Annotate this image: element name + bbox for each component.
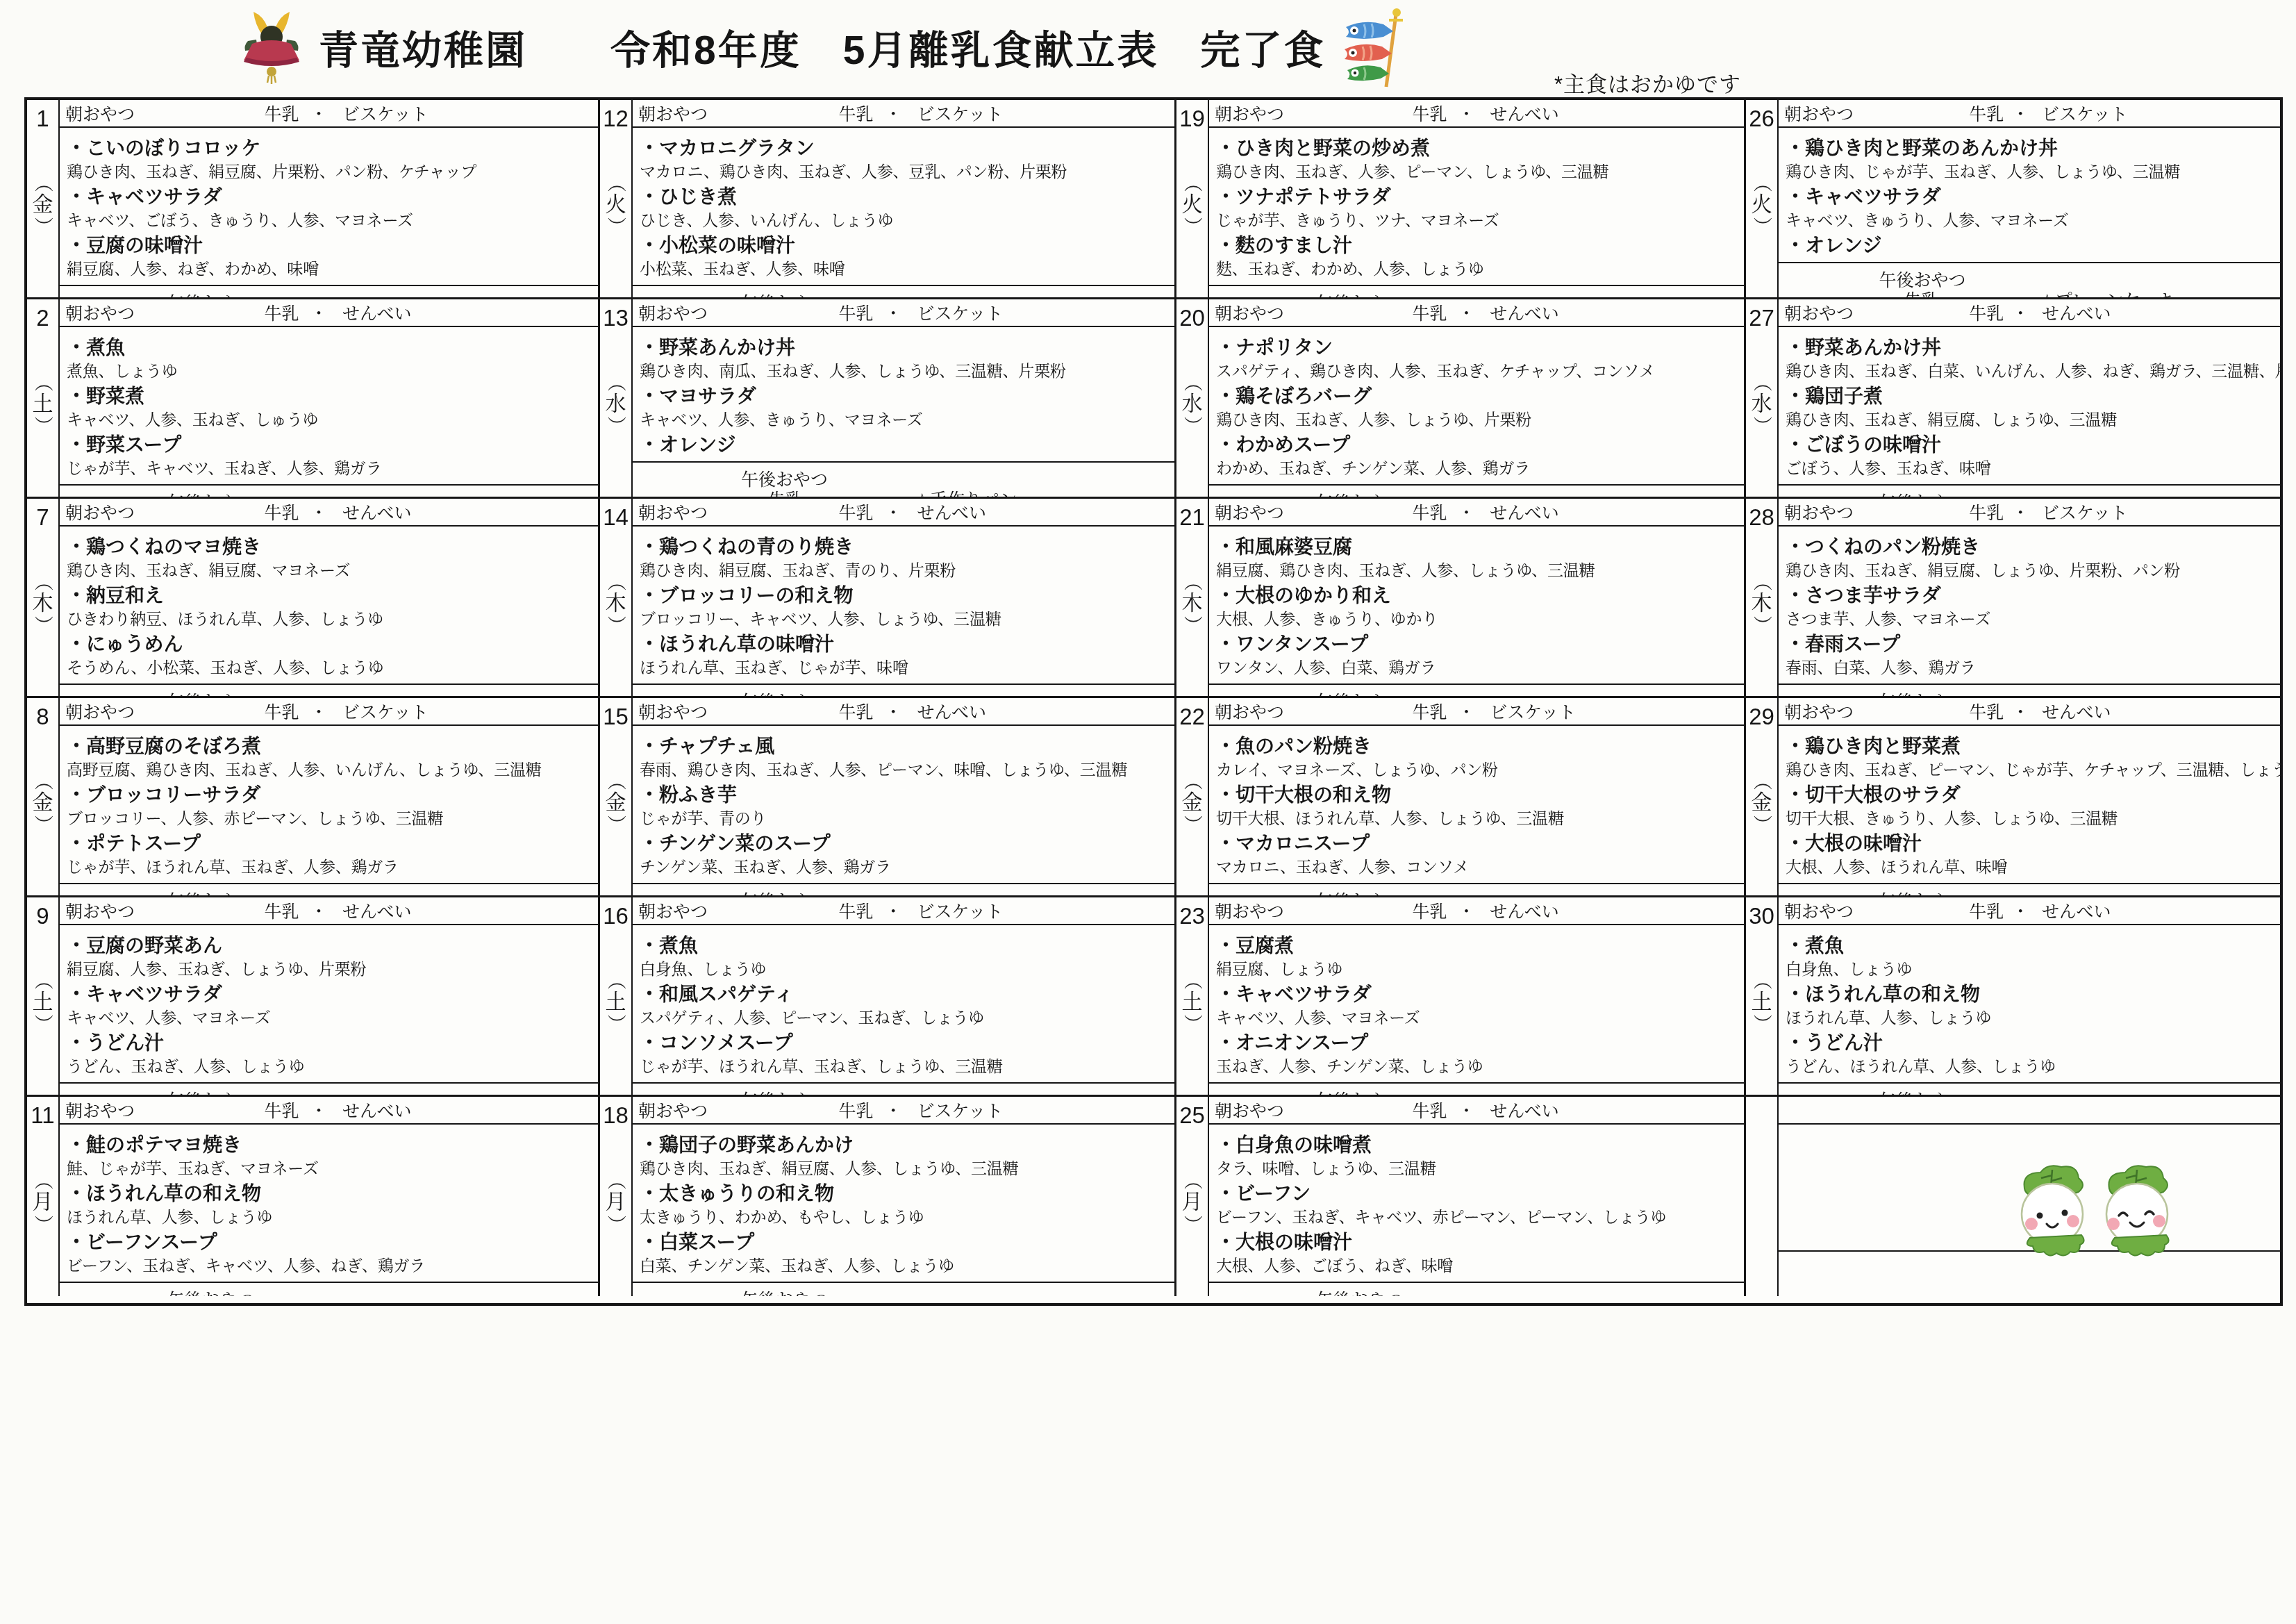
dish-list: ・鶏団子の野菜あんかけ鶏ひき肉、玉ねぎ、絹豆腐、人参、しょうゆ、三温糖・太きゅう… (633, 1125, 1174, 1283)
dish-name: ・ナポリタン (1216, 335, 1738, 361)
dish-list: ・鶏ひき肉と野菜煮鶏ひき肉、玉ねぎ、ピーマン、じゃが芋、ケチャップ、三温糖、しょ… (1779, 726, 2280, 884)
dish-list: ・つくねのパン粉焼き鶏ひき肉、玉ねぎ、絹豆腐、しょうゆ、片栗粉、パン粉・さつま芋… (1779, 527, 2280, 685)
weekday-paren-close: ） (1752, 416, 1771, 435)
weekday-character: 金 (33, 792, 53, 814)
day-number: 13 (603, 306, 629, 329)
morning-snack-label: 朝おやつ (638, 499, 708, 524)
day-cell: 30 （ 土 ） 朝おやつ 牛乳 ・ せんべい ・煮魚白身魚、しょうゆ・ほうれん… (1746, 897, 2280, 1097)
day-number: 21 (1179, 506, 1205, 529)
weekday-character: 土 (1182, 991, 1203, 1013)
day-column: 30 （ 土 ） (1746, 897, 1779, 1095)
dish-name: ・うどん汁 (1786, 1031, 2274, 1057)
dish-name: ・マカロニグラタン (640, 136, 1169, 162)
day-number: 22 (1179, 705, 1205, 728)
day-cell-body: 朝おやつ 牛乳 ・ せんべい ・鶏つくねの青のり焼き鶏ひき肉、絹豆腐、玉ねぎ、青… (633, 499, 1174, 696)
day-weekday: （ 金 ） (606, 772, 626, 852)
weekday-paren-open: （ (33, 373, 52, 392)
weekday-paren-close: ） (606, 1014, 625, 1033)
dish-ingredients: マカロニ、玉ねぎ、人参、コンソメ (1216, 857, 1738, 878)
dish-name: ・キャベツサラダ (67, 982, 592, 1008)
day-cell-body: 朝おやつ 牛乳 ・ ビスケット ・鶏団子の野菜あんかけ鶏ひき肉、玉ねぎ、絹豆腐、… (633, 1097, 1174, 1296)
dish-name: ・小松菜の味噌汁 (640, 233, 1169, 259)
day-cell: 28 （ 木 ） 朝おやつ 牛乳 ・ ビスケット ・つくねのパン粉焼き鶏ひき肉、… (1746, 499, 2280, 698)
morning-snack-label: 朝おやつ (1215, 699, 1284, 724)
morning-snack-label: 朝おやつ (638, 898, 708, 923)
dish-ingredients: 鶏ひき肉、玉ねぎ、ピーマン、じゃが芋、ケチャップ、三温糖、しょうゆ (1786, 760, 2274, 781)
morning-snack-label: 朝おやつ (65, 101, 135, 126)
weekday-paren-open: （ (1183, 174, 1201, 192)
separator-dot: ・ (2012, 699, 2029, 724)
dish-ingredients: ほうれん草、人参、しょうゆ (67, 1207, 592, 1228)
dish-name: ・鶏つくねの青のり焼き (640, 535, 1169, 561)
separator-dot: ・ (1458, 300, 1475, 325)
weekday-character: 水 (1182, 393, 1203, 415)
day-number: 26 (1749, 107, 1774, 130)
dish-ingredients: キャベツ、人参、玉ねぎ、しゅうゆ (67, 410, 592, 431)
dish-name: ・わかめスープ (1216, 433, 1738, 458)
afternoon-snack-label: 午後おやつ (1316, 688, 1403, 698)
dish-name: ・煮魚 (1786, 934, 2274, 959)
weekday-paren-open: （ (33, 971, 52, 990)
morning-snack-item: ビスケット (917, 101, 1004, 126)
morning-snack-row: 朝おやつ 牛乳 ・ せんべい (633, 698, 1174, 726)
morning-snack-label: 朝おやつ (1784, 300, 1854, 325)
afternoon-snack-row: 午後おやつ 牛乳 ・ バナナ (633, 884, 1174, 897)
afternoon-snack-label: 午後おやつ (167, 888, 254, 897)
dish-list: ・ひき肉と野菜の炒め煮鶏ひき肉、玉ねぎ、人参、ピーマン、しょうゆ、三温糖・ツナポ… (1209, 128, 1744, 286)
day-column: 19 （ 火 ） (1176, 100, 1209, 297)
weekday-paren-close: ） (606, 217, 625, 235)
dish-list: ・鶏つくねのマヨ焼き鶏ひき肉、玉ねぎ、絹豆腐、マヨネーズ・納豆和えひきわり納豆、… (60, 527, 598, 685)
dish-name: ・白菜スープ (640, 1230, 1169, 1256)
afternoon-snack-label: 午後おやつ (1316, 888, 1403, 897)
dish-name: ・粉ふき芋 (640, 783, 1169, 809)
day-cell: 20 （ 水 ） 朝おやつ 牛乳 ・ せんべい ・ナポリタンスパゲティ、鶏ひき肉… (1176, 299, 1746, 499)
dish-name: ・鶏ひき肉と野菜のあんかけ丼 (1786, 136, 2274, 162)
separator-dot: ・ (885, 499, 902, 524)
dish-ingredients: ブロッコリー、キャベツ、人参、しょうゆ、三温糖 (640, 609, 1169, 630)
weekday-paren-open: （ (1752, 971, 1771, 990)
morning-snack-item: ビスケット (2042, 499, 2128, 524)
morning-snack-row: 朝おやつ 牛乳 ・ ビスケット (633, 100, 1174, 128)
day-column: 8 （ 金 ） (27, 698, 60, 895)
weekday-paren-close: ） (1752, 815, 1771, 834)
afternoon-snack-label: 午後おやつ (741, 888, 828, 897)
dish-name: ・和風麻婆豆腐 (1216, 535, 1738, 561)
afternoon-snack-row: 午後おやつ 牛乳 ・ ビスケット (60, 1084, 598, 1097)
dish-ingredients: キャベツ、人参、マヨネーズ (1216, 1008, 1738, 1029)
morning-snack-item: せんべい (1490, 300, 1559, 325)
separator-dot: ・ (1458, 1097, 1475, 1122)
dish-ingredients: 鶏ひき肉、絹豆腐、玉ねぎ、青のり、片栗粉 (640, 561, 1169, 581)
dish-name: ・キャベツサラダ (1786, 185, 2274, 210)
morning-snack-label: 朝おやつ (1215, 898, 1284, 923)
day-weekday: （ 火 ） (1182, 174, 1203, 254)
day-cell: 19 （ 火 ） 朝おやつ 牛乳 ・ せんべい ・ひき肉と野菜の炒め煮鶏ひき肉、… (1176, 100, 1746, 299)
day-weekday: （ 金 ） (1182, 772, 1203, 852)
day-cell: 15 （ 金 ） 朝おやつ 牛乳 ・ せんべい ・チャプチェ風春雨、鶏ひき肉、玉… (600, 698, 1176, 897)
weekday-paren-close: ） (1183, 815, 1201, 834)
afternoon-snack-row: 午後おやつ 牛乳 ・ ウエハース (1779, 486, 2280, 499)
dish-name: ・野菜あんかけ丼 (640, 335, 1169, 361)
dish-list: ・白身魚の味噌煮タラ、味噌、しょうゆ、三温糖・ビーフンビーフン、玉ねぎ、キャベツ… (1209, 1125, 1744, 1283)
morning-snack-item: せんべい (1490, 1097, 1559, 1122)
day-cell: 9 （ 土 ） 朝おやつ 牛乳 ・ せんべい ・豆腐の野菜あん絹豆腐、人参、玉ね… (27, 897, 600, 1097)
dish-ingredients: キャベツ、ごぼう、きゅうり、人参、マヨネーズ (67, 210, 592, 231)
dish-ingredients: チンゲン菜、玉ねぎ、人参、鶏ガラ (640, 857, 1169, 878)
dish-ingredients: 高野豆腐、鶏ひき肉、玉ねぎ、人参、いんげん、しょうゆ、三温糖 (67, 760, 592, 781)
milk-label: 牛乳 (265, 1097, 299, 1122)
dish-list: ・煮魚煮魚、しょうゆ・野菜煮キャベツ、人参、玉ねぎ、しゅうゆ・野菜スープじゃが芋… (60, 327, 598, 486)
morning-snack-row: 朝おやつ 牛乳 ・ せんべい (60, 299, 598, 327)
day-weekday: （ 水 ） (1182, 373, 1203, 454)
morning-snack-label: 朝おやつ (65, 699, 135, 724)
day-column: 9 （ 土 ） (27, 897, 60, 1095)
afternoon-snack-label: 午後おやつ (1879, 1087, 1965, 1097)
day-column: 27 （ 水 ） (1746, 299, 1779, 497)
weekday-paren-open: （ (606, 772, 625, 790)
dish-name: ・ほうれん草の和え物 (67, 1182, 592, 1207)
day-weekday: （ 火 ） (1752, 174, 1772, 254)
weekday-character: 金 (1752, 792, 1772, 814)
separator-dot: ・ (2012, 898, 2029, 923)
dish-name: ・マカロニスープ (1216, 831, 1738, 857)
weekday-paren-close: ） (606, 815, 625, 834)
dish-ingredients: 鶏ひき肉、玉ねぎ、白菜、いんげん、人参、ねぎ、鶏ガラ、三温糖、片栗粉 (1786, 361, 2274, 382)
day-column: 7 （ 木 ） (27, 499, 60, 696)
afternoon-snack-label: 午後おやつ (741, 1087, 828, 1097)
day-cell-body: 朝おやつ 牛乳 ・ ビスケット ・こいのぼりコロッケ鶏ひき肉、玉ねぎ、絹豆腐、片… (60, 100, 598, 297)
weekday-paren-open: （ (1183, 971, 1201, 990)
milk-label: 牛乳 (1413, 101, 1447, 126)
day-cell: 11 （ 月 ） 朝おやつ 牛乳 ・ せんべい ・鮭のポテマヨ焼き鮭、じゃが芋、… (27, 1097, 600, 1296)
milk-label: 牛乳 (1969, 101, 2004, 126)
dish-list: ・チャプチェ風春雨、鶏ひき肉、玉ねぎ、人参、ピーマン、味噌、しょうゆ、三温糖・粉… (633, 726, 1174, 884)
morning-snack-item: せんべい (2042, 898, 2111, 923)
morning-snack-item: せんべい (342, 300, 412, 325)
day-cell (1746, 1097, 2280, 1296)
dish-name: ・大根のゆかり和え (1216, 583, 1738, 609)
weekday-paren-open: （ (33, 1171, 52, 1190)
afternoon-snack-row: 午後おやつ 牛乳 ・ ウエハース (1209, 685, 1744, 698)
dish-name: ・チャプチェ風 (640, 734, 1169, 760)
weekday-character: 水 (1752, 393, 1772, 415)
morning-snack-label: 朝おやつ (1215, 300, 1284, 325)
day-cell: 13 （ 水 ） 朝おやつ 牛乳 ・ ビスケット ・野菜あんかけ丼鶏ひき肉、南瓜… (600, 299, 1176, 499)
dish-list: ・煮魚白身魚、しょうゆ・和風スパゲティスパゲティ、人参、ピーマン、玉ねぎ、しょう… (633, 925, 1174, 1084)
day-number: 23 (1179, 904, 1205, 927)
dish-list: ・鶏つくねの青のり焼き鶏ひき肉、絹豆腐、玉ねぎ、青のり、片栗粉・ブロッコリーの和… (633, 527, 1174, 685)
dish-ingredients: 鮭、じゃが芋、玉ねぎ、マヨネーズ (67, 1159, 592, 1179)
weekday-character: 土 (1752, 991, 1772, 1013)
day-cell-body: 朝おやつ 牛乳 ・ せんべい ・煮魚煮魚、しょうゆ・野菜煮キャベツ、人参、玉ねぎ… (60, 299, 598, 497)
dish-name: ・鶏ひき肉と野菜煮 (1786, 734, 2274, 760)
dish-ingredients: 鶏ひき肉、玉ねぎ、人参、しょうゆ、片栗粉 (1216, 410, 1738, 431)
day-cell-body: 朝おやつ 牛乳 ・ せんべい ・鮭のポテマヨ焼き鮭、じゃが芋、玉ねぎ、マヨネーズ… (60, 1097, 598, 1296)
dish-ingredients: 鶏ひき肉、玉ねぎ、絹豆腐、片栗粉、パン粉、ケチャップ (67, 162, 592, 183)
day-number: 12 (603, 107, 629, 130)
weekday-paren-close: ） (1752, 1014, 1771, 1033)
weekday-paren-close: ） (606, 416, 625, 435)
milk-label: 牛乳 (838, 101, 873, 126)
weekday-character: 火 (606, 194, 626, 216)
morning-snack-row: 朝おやつ 牛乳 ・ せんべい (1779, 897, 2280, 925)
dish-name: ・切干大根の和え物 (1216, 783, 1738, 809)
weekday-paren-open: （ (1183, 373, 1201, 392)
afternoon-snack-label: 午後おやつ (741, 1286, 828, 1296)
dish-list: ・豆腐煮絹豆腐、しょうゆ・キャベツサラダキャベツ、人参、マヨネーズ・オニオンスー… (1209, 925, 1744, 1084)
morning-snack-label: 朝おやつ (65, 300, 135, 325)
day-cell: 1 （ 金 ） 朝おやつ 牛乳 ・ ビスケット ・こいのぼりコロッケ鶏ひき肉、玉… (27, 100, 600, 299)
afternoon-snack-row: 午後おやつ 牛乳 ・ ビスケット (1209, 1084, 1744, 1097)
morning-snack-row: 朝おやつ 牛乳 ・ せんべい (1779, 698, 2280, 726)
dish-name: ・ブロッコリーの和え物 (640, 583, 1169, 609)
dish-list (1779, 1125, 2280, 1252)
day-weekday: （ 土 ） (33, 373, 53, 454)
weekday-paren-close: ） (1183, 217, 1201, 235)
weekday-character: 水 (606, 393, 626, 415)
weekday-character: 木 (606, 593, 626, 615)
dish-ingredients: じゃが芋、きゅうり、ツナ、マヨネーズ (1216, 210, 1738, 231)
dish-name: ・キャベツサラダ (67, 185, 592, 210)
milk-label: 牛乳 (1904, 287, 1939, 299)
milk-label: 牛乳 (1413, 699, 1447, 724)
dish-name: ・切干大根のサラダ (1786, 783, 2274, 809)
dish-ingredients: さつま芋、人参、マヨネーズ (1786, 609, 2274, 630)
dish-list: ・ナポリタンスパゲティ、鶏ひき肉、人参、玉ねぎ、ケチャップ、コンソメ・鶏そぼろバ… (1209, 327, 1744, 486)
morning-snack-item: せんべい (917, 499, 987, 524)
dish-name: ・にゅうめん (67, 632, 592, 658)
day-cell: 25 （ 月 ） 朝おやつ 牛乳 ・ せんべい ・白身魚の味噌煮タラ、味噌、しょ… (1176, 1097, 1746, 1296)
day-column: 18 （ 月 ） (600, 1097, 633, 1296)
menu-table: 1 （ 金 ） 朝おやつ 牛乳 ・ ビスケット ・こいのぼりコロッケ鶏ひき肉、玉… (24, 97, 2283, 1306)
dish-ingredients: 切干大根、ほうれん草、人参、しょうゆ、三温糖 (1216, 809, 1738, 829)
morning-snack-item: ビスケット (1490, 699, 1576, 724)
day-cell: 18 （ 月 ） 朝おやつ 牛乳 ・ ビスケット ・鶏団子の野菜あんかけ鶏ひき肉… (600, 1097, 1176, 1296)
dish-name: ・ビーフン (1216, 1182, 1738, 1207)
separator-dot: ・ (865, 486, 883, 499)
weekday-paren-open: （ (1183, 1171, 1201, 1190)
dish-name: ・大根の味噌汁 (1786, 831, 2274, 857)
day-weekday: （ 金 ） (33, 174, 53, 254)
weekday-character: 火 (1182, 194, 1203, 216)
weekday-paren-close: ） (33, 1215, 52, 1234)
milk-label: 牛乳 (768, 486, 803, 499)
dish-ingredients: じゃが芋、ほうれん草、玉ねぎ、しょうゆ、三温糖 (640, 1057, 1169, 1077)
dish-name: ・コンソメスープ (640, 1031, 1169, 1057)
weekday-character: 木 (33, 593, 53, 615)
separator-dot: ・ (2012, 499, 2029, 524)
afternoon-snack-item: ☆手作りパン (915, 486, 1017, 499)
day-weekday: （ 木 ） (33, 572, 53, 653)
separator-dot: ・ (2012, 300, 2029, 325)
day-weekday: （ 土 ） (1182, 971, 1203, 1052)
morning-snack-item: せんべい (342, 499, 412, 524)
dish-list: ・野菜あんかけ丼鶏ひき肉、玉ねぎ、白菜、いんげん、人参、ねぎ、鶏ガラ、三温糖、片… (1779, 327, 2280, 486)
dish-name: ・野菜スープ (67, 433, 592, 458)
dish-name: ・オレンジ (640, 433, 1169, 458)
dish-name: ・うどん汁 (67, 1031, 592, 1057)
dish-ingredients: うどん、ほうれん草、人参、しょうゆ (1786, 1057, 2274, 1077)
weekday-character: 土 (33, 393, 53, 415)
weekday-paren-open: （ (1183, 572, 1201, 591)
dish-name: ・鶏団子の野菜あんかけ (640, 1133, 1169, 1159)
day-cell-body: 朝おやつ 牛乳 ・ ビスケット ・煮魚白身魚、しょうゆ・和風スパゲティスパゲティ… (633, 897, 1174, 1095)
day-cell: 8 （ 金 ） 朝おやつ 牛乳 ・ ビスケット ・高野豆腐のそぼろ煮高野豆腐、鶏… (27, 698, 600, 897)
dish-name: ・チンゲン菜のスープ (640, 831, 1169, 857)
day-number: 8 (36, 705, 49, 728)
dish-ingredients: キャベツ、きゅうり、人参、マヨネーズ (1786, 210, 2274, 231)
dish-ingredients: 大根、人参、きゅうり、ゆかり (1216, 609, 1738, 630)
day-column: 29 （ 金 ） (1746, 698, 1779, 895)
separator-dot: ・ (885, 898, 902, 923)
dish-list: ・和風麻婆豆腐絹豆腐、鶏ひき肉、玉ねぎ、人参、しょうゆ、三温糖・大根のゆかり和え… (1209, 527, 1744, 685)
dish-ingredients: 絹豆腐、人参、玉ねぎ、しょうゆ、片栗粉 (67, 959, 592, 980)
morning-snack-label: 朝おやつ (65, 898, 135, 923)
day-weekday: （ 月 ） (1182, 1171, 1203, 1252)
morning-snack-item: せんべい (917, 699, 987, 724)
day-number: 15 (603, 705, 629, 728)
morning-snack-label: 朝おやつ (1215, 101, 1284, 126)
afternoon-snack-row: 午後おやつ 牛乳 ・ ウエハース (60, 1283, 598, 1296)
milk-label: 牛乳 (838, 300, 873, 325)
weekday-paren-open: （ (1752, 373, 1771, 392)
dish-ingredients: ほうれん草、玉ねぎ、じゃが芋、味噌 (640, 658, 1169, 679)
dish-ingredients: 煮魚、しょうゆ (67, 361, 592, 382)
dish-name: ・豆腐の味噌汁 (67, 233, 592, 259)
dish-list: ・こいのぼりコロッケ鶏ひき肉、玉ねぎ、絹豆腐、片栗粉、パン粉、ケチャップ・キャベ… (60, 128, 598, 286)
dish-ingredients: 絹豆腐、しょうゆ (1216, 959, 1738, 980)
dish-list: ・マカロニグラタンマカロニ、鶏ひき肉、玉ねぎ、人参、豆乳、パン粉、片栗粉・ひじき… (633, 128, 1174, 286)
morning-snack-item: ビスケット (342, 101, 429, 126)
day-cell-body: 朝おやつ 牛乳 ・ せんべい ・鶏つくねのマヨ焼き鶏ひき肉、玉ねぎ、絹豆腐、マヨ… (60, 499, 598, 696)
dish-list: ・高野豆腐のそぼろ煮高野豆腐、鶏ひき肉、玉ねぎ、人参、いんげん、しょうゆ、三温糖… (60, 726, 598, 884)
afternoon-snack-row: 午後おやつ 牛乳 ・ ビスケット (1779, 1084, 2280, 1097)
morning-snack-item: ビスケット (2042, 101, 2128, 126)
morning-snack-label: 朝おやつ (1784, 101, 1854, 126)
dish-ingredients: 麩、玉ねぎ、わかめ、人参、しょうゆ (1216, 259, 1738, 280)
dish-name: ・つくねのパン粉焼き (1786, 535, 2274, 561)
dish-ingredients: タラ、味噌、しょうゆ、三温糖 (1216, 1159, 1738, 1179)
weekday-character: 金 (1182, 792, 1203, 814)
day-column: 23 （ 土 ） (1176, 897, 1209, 1095)
afternoon-snack-row: 午後おやつ 牛乳 ・ オレンジ (1209, 486, 1744, 499)
milk-label: 牛乳 (1413, 1097, 1447, 1122)
day-cell-body: 朝おやつ 牛乳 ・ せんべい ・チャプチェ風春雨、鶏ひき肉、玉ねぎ、人参、ピーマ… (633, 698, 1174, 895)
day-column (1746, 1097, 1779, 1296)
day-weekday: （ 木 ） (606, 572, 626, 653)
morning-snack-row: 朝おやつ 牛乳 ・ せんべい (1779, 299, 2280, 327)
dish-ingredients: ワンタン、人参、白菜、鶏ガラ (1216, 658, 1738, 679)
morning-snack-item: せんべい (1490, 499, 1559, 524)
dish-ingredients: 春雨、白菜、人参、鶏ガラ (1786, 658, 2274, 679)
weekday-paren-open: （ (33, 772, 52, 790)
dish-name: ・ほうれん草の味噌汁 (640, 632, 1169, 658)
afternoon-snack-row: 午後おやつ 牛乳 ・ ☆きな粉パン (1209, 1283, 1744, 1296)
separator-dot: ・ (310, 300, 327, 325)
afternoon-snack-label: 午後おやつ (167, 688, 254, 698)
separator-dot: ・ (1458, 699, 1475, 724)
morning-snack-label: 朝おやつ (1784, 499, 1854, 524)
dish-ingredients: スパゲティ、人参、ピーマン、玉ねぎ、しょうゆ (640, 1008, 1169, 1029)
dish-list: ・豆腐の野菜あん絹豆腐、人参、玉ねぎ、しょうゆ、片栗粉・キャベツサラダキャベツ、… (60, 925, 598, 1084)
page-title: 青竜幼稚園 令和8年度 5月離乳食献立表 完了食 (319, 19, 1325, 76)
weekday-paren-open: （ (606, 1171, 625, 1190)
weekday-paren-close: ） (33, 815, 52, 834)
dish-name: ・豆腐の野菜あん (67, 934, 592, 959)
afternoon-snack-row: 午後おやつ 牛乳 ・ せんべい (633, 1084, 1174, 1097)
dish-name: ・鶏そぼろバーグ (1216, 384, 1738, 410)
day-number: 14 (603, 506, 629, 529)
weekday-character: 火 (1752, 194, 1772, 216)
day-cell-body: 朝おやつ 牛乳 ・ ビスケット ・マカロニグラタンマカロニ、鶏ひき肉、玉ねぎ、人… (633, 100, 1174, 297)
weekday-paren-close: ） (33, 217, 52, 235)
day-cell-body: 朝おやつ 牛乳 ・ せんべい ・野菜あんかけ丼鶏ひき肉、玉ねぎ、白菜、いんげん、… (1779, 299, 2280, 497)
dish-ingredients: じゃが芋、キャベツ、玉ねぎ、人参、鶏ガラ (67, 458, 592, 479)
morning-snack-label: 朝おやつ (638, 699, 708, 724)
dish-name: ・オレンジ (1786, 233, 2274, 259)
dish-ingredients: 小松菜、玉ねぎ、人参、味噌 (640, 259, 1169, 280)
day-cell-body: 朝おやつ 牛乳 ・ ビスケット ・鶏ひき肉と野菜のあんかけ丼鶏ひき肉、じゃが芋、… (1779, 100, 2280, 297)
afternoon-snack-row: 午後おやつ 牛乳 ・ せんべい (60, 884, 598, 897)
dish-ingredients: 絹豆腐、人参、ねぎ、わかめ、味噌 (67, 259, 592, 280)
dish-name: ・太きゅうりの和え物 (640, 1182, 1169, 1207)
dish-ingredients: 切干大根、きゅうり、人参、しょうゆ、三温糖 (1786, 809, 2274, 829)
day-number: 19 (1179, 107, 1205, 130)
separator-dot: ・ (885, 1097, 902, 1122)
milk-label: 牛乳 (1413, 499, 1447, 524)
day-weekday: （ 水 ） (606, 373, 626, 454)
afternoon-snack-label: 午後おやつ (167, 1087, 254, 1097)
staple-food-note: *主食はおかゆです (1554, 67, 1741, 98)
dish-name: ・キャベツサラダ (1216, 982, 1738, 1008)
day-number: 2 (36, 306, 49, 329)
dish-name: ・ごぼうの味噌汁 (1786, 433, 2274, 458)
dish-name: ・ビーフンスープ (67, 1230, 592, 1256)
morning-snack-label: 朝おやつ (638, 101, 708, 126)
day-cell: 26 （ 火 ） 朝おやつ 牛乳 ・ ビスケット ・鶏ひき肉と野菜のあんかけ丼鶏… (1746, 100, 2280, 299)
dish-ingredients: ビーフン、玉ねぎ、キャベツ、人参、ねぎ、鶏ガラ (67, 1256, 592, 1277)
day-number: 28 (1749, 506, 1774, 529)
morning-snack-item: せんべい (2042, 300, 2111, 325)
weekday-paren-close: ） (606, 1215, 625, 1234)
day-column: 25 （ 月 ） (1176, 1097, 1209, 1296)
day-cell: 27 （ 水 ） 朝おやつ 牛乳 ・ せんべい ・野菜あんかけ丼鶏ひき肉、玉ねぎ… (1746, 299, 2280, 499)
dish-name: ・煮魚 (67, 335, 592, 361)
separator-dot: ・ (310, 1097, 327, 1122)
weekday-paren-close: ） (1183, 615, 1201, 634)
day-cell-body: 朝おやつ 牛乳 ・ ビスケット ・高野豆腐のそぼろ煮高野豆腐、鶏ひき肉、玉ねぎ、… (60, 698, 598, 895)
weekday-character: 月 (606, 1191, 626, 1213)
koinobori-icon (1340, 6, 1407, 88)
day-column: 16 （ 土 ） (600, 897, 633, 1095)
dish-name: ・鶏団子煮 (1786, 384, 2274, 410)
dish-list: ・魚のパン粉焼きカレイ、マヨネーズ、しょうゆ、パン粉・切干大根の和え物切干大根、… (1209, 726, 1744, 884)
morning-snack-label: 朝おやつ (65, 1097, 135, 1122)
dish-ingredients: 鶏ひき肉、南瓜、玉ねぎ、人参、しょうゆ、三温糖、片栗粉 (640, 361, 1169, 382)
afternoon-snack-row: 午後おやつ 牛乳 ・ バナナ (1779, 685, 2280, 698)
day-number: 29 (1749, 705, 1774, 728)
dish-ingredients: マカロニ、鶏ひき肉、玉ねぎ、人参、豆乳、パン粉、片栗粉 (640, 162, 1169, 183)
morning-snack-row (1779, 1097, 2280, 1125)
dish-ingredients: ブロッコリー、人参、赤ピーマン、しょうゆ、三温糖 (67, 809, 592, 829)
day-cell: 29 （ 金 ） 朝おやつ 牛乳 ・ せんべい ・鶏ひき肉と野菜煮鶏ひき肉、玉ね… (1746, 698, 2280, 897)
day-column: 20 （ 水 ） (1176, 299, 1209, 497)
dish-name: ・大根の味噌汁 (1216, 1230, 1738, 1256)
day-column: 2 （ 土 ） (27, 299, 60, 497)
dish-name: ・魚のパン粉焼き (1216, 734, 1738, 760)
day-weekday: （ 土 ） (1752, 971, 1772, 1052)
